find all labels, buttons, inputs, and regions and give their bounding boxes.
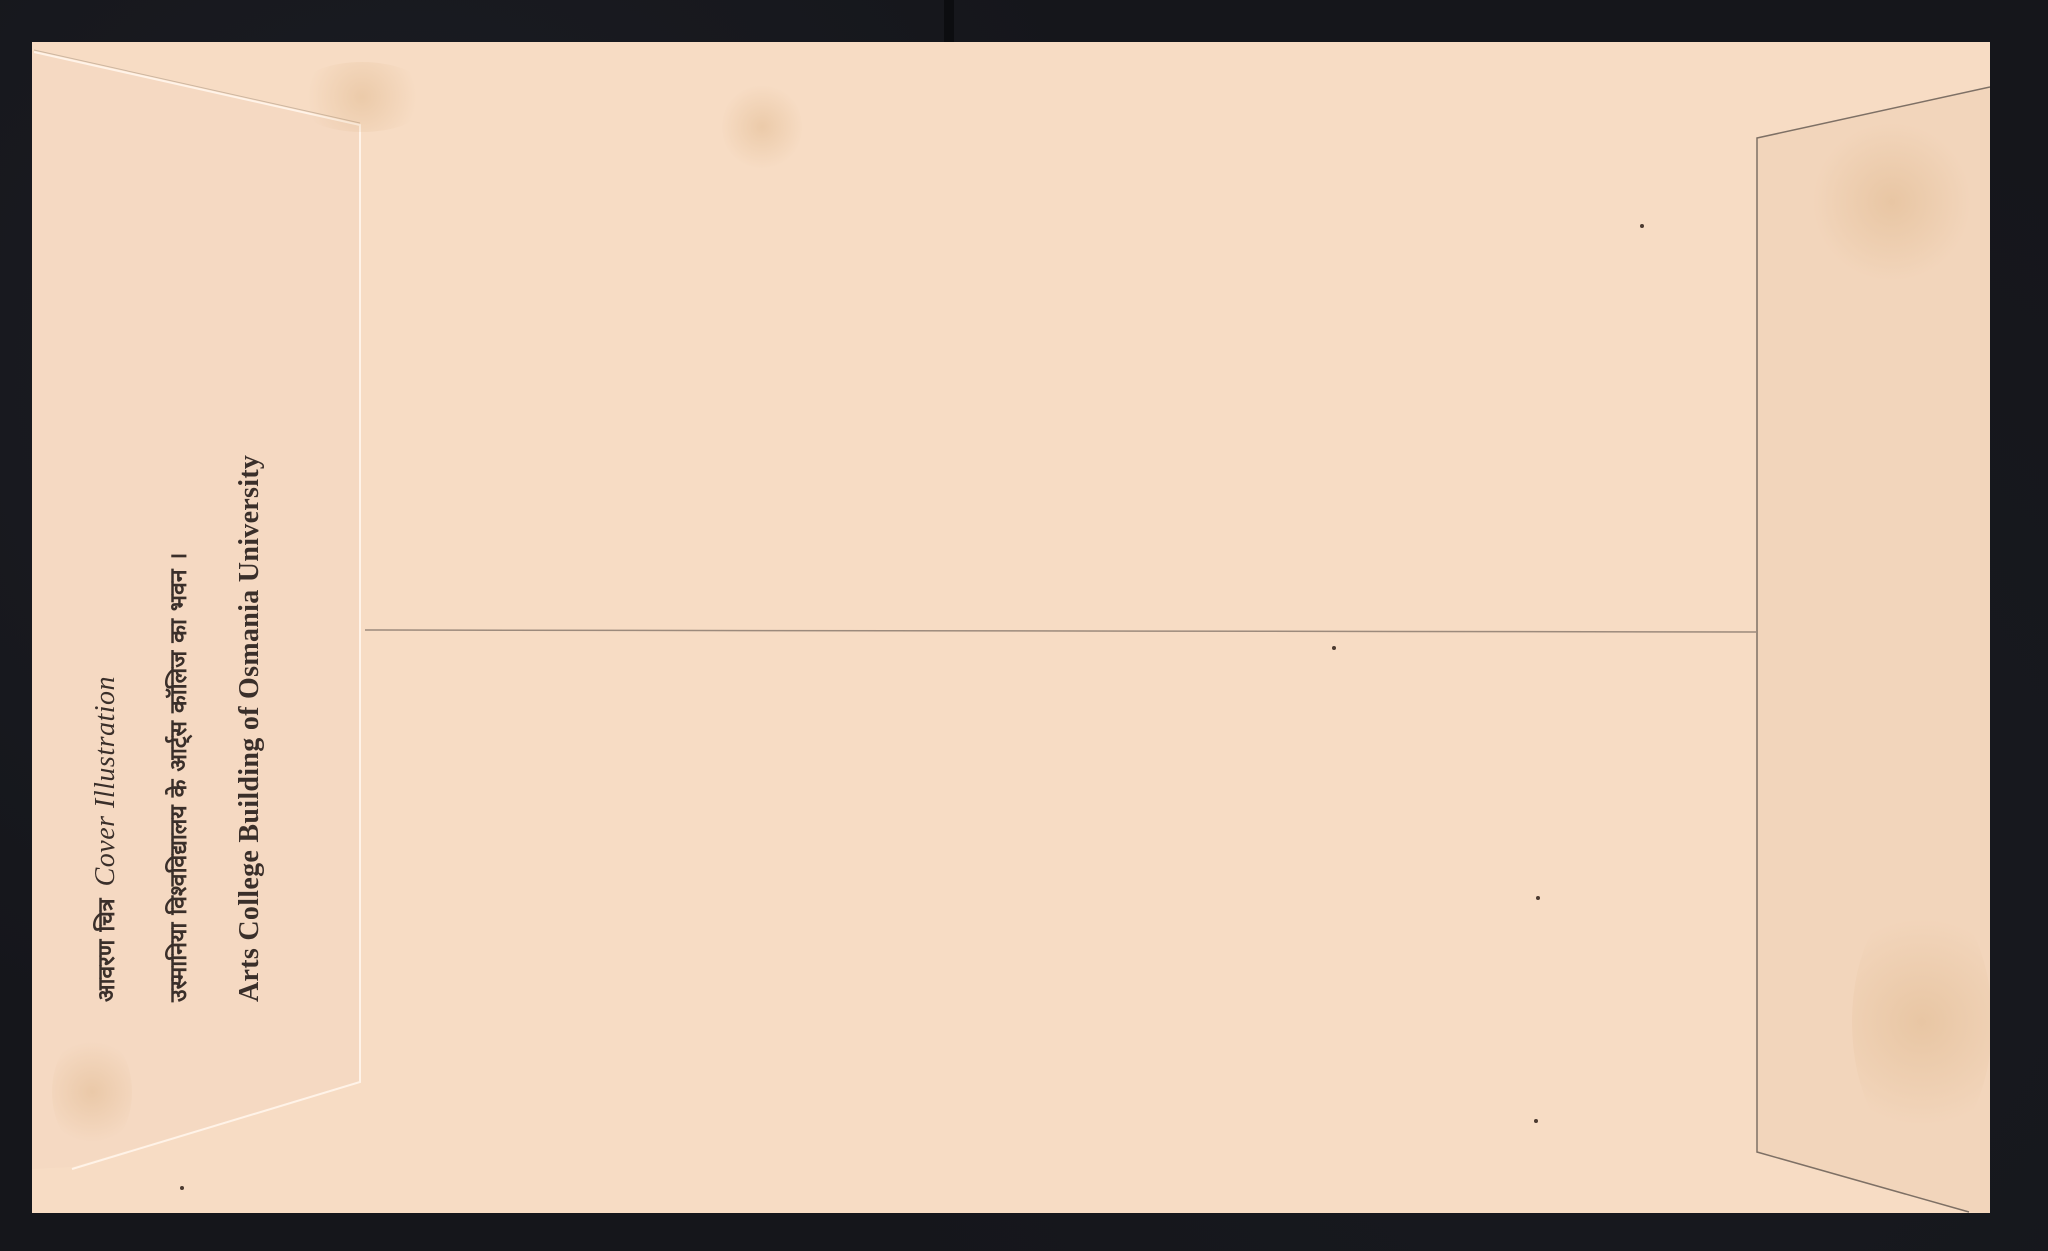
- backdrop-seam: [944, 0, 954, 42]
- caption-heading: आवरण चित्रCover Illustration: [92, 362, 118, 1002]
- envelope-back: आवरण चित्रCover Illustration उस्मानिया व…: [32, 42, 1990, 1213]
- paper-stain: [1852, 892, 1992, 1152]
- envelope-flap-lines: [32, 42, 1990, 1213]
- caption-hindi-description: उस्मानिया विश्वविद्यालय के आर्ट्स कॉलिज …: [168, 362, 194, 1002]
- paper-stain: [722, 82, 802, 172]
- caption-english-description: Arts College Building of Osmania Univers…: [236, 362, 262, 1002]
- paper-speck: [1536, 896, 1540, 900]
- paper-stain: [292, 62, 432, 132]
- paper-speck: [1332, 646, 1336, 650]
- paper-stain: [1812, 122, 1972, 282]
- cover-illustration-caption: आवरण चित्रCover Illustration उस्मानिया व…: [92, 362, 262, 1002]
- paper-speck: [180, 1186, 184, 1190]
- paper-speck: [1640, 224, 1644, 228]
- paper-stain: [52, 1032, 132, 1152]
- caption-heading-english: Cover Illustration: [90, 676, 121, 886]
- paper-speck: [1534, 1119, 1538, 1123]
- caption-heading-hindi: आवरण चित्र: [94, 898, 120, 1002]
